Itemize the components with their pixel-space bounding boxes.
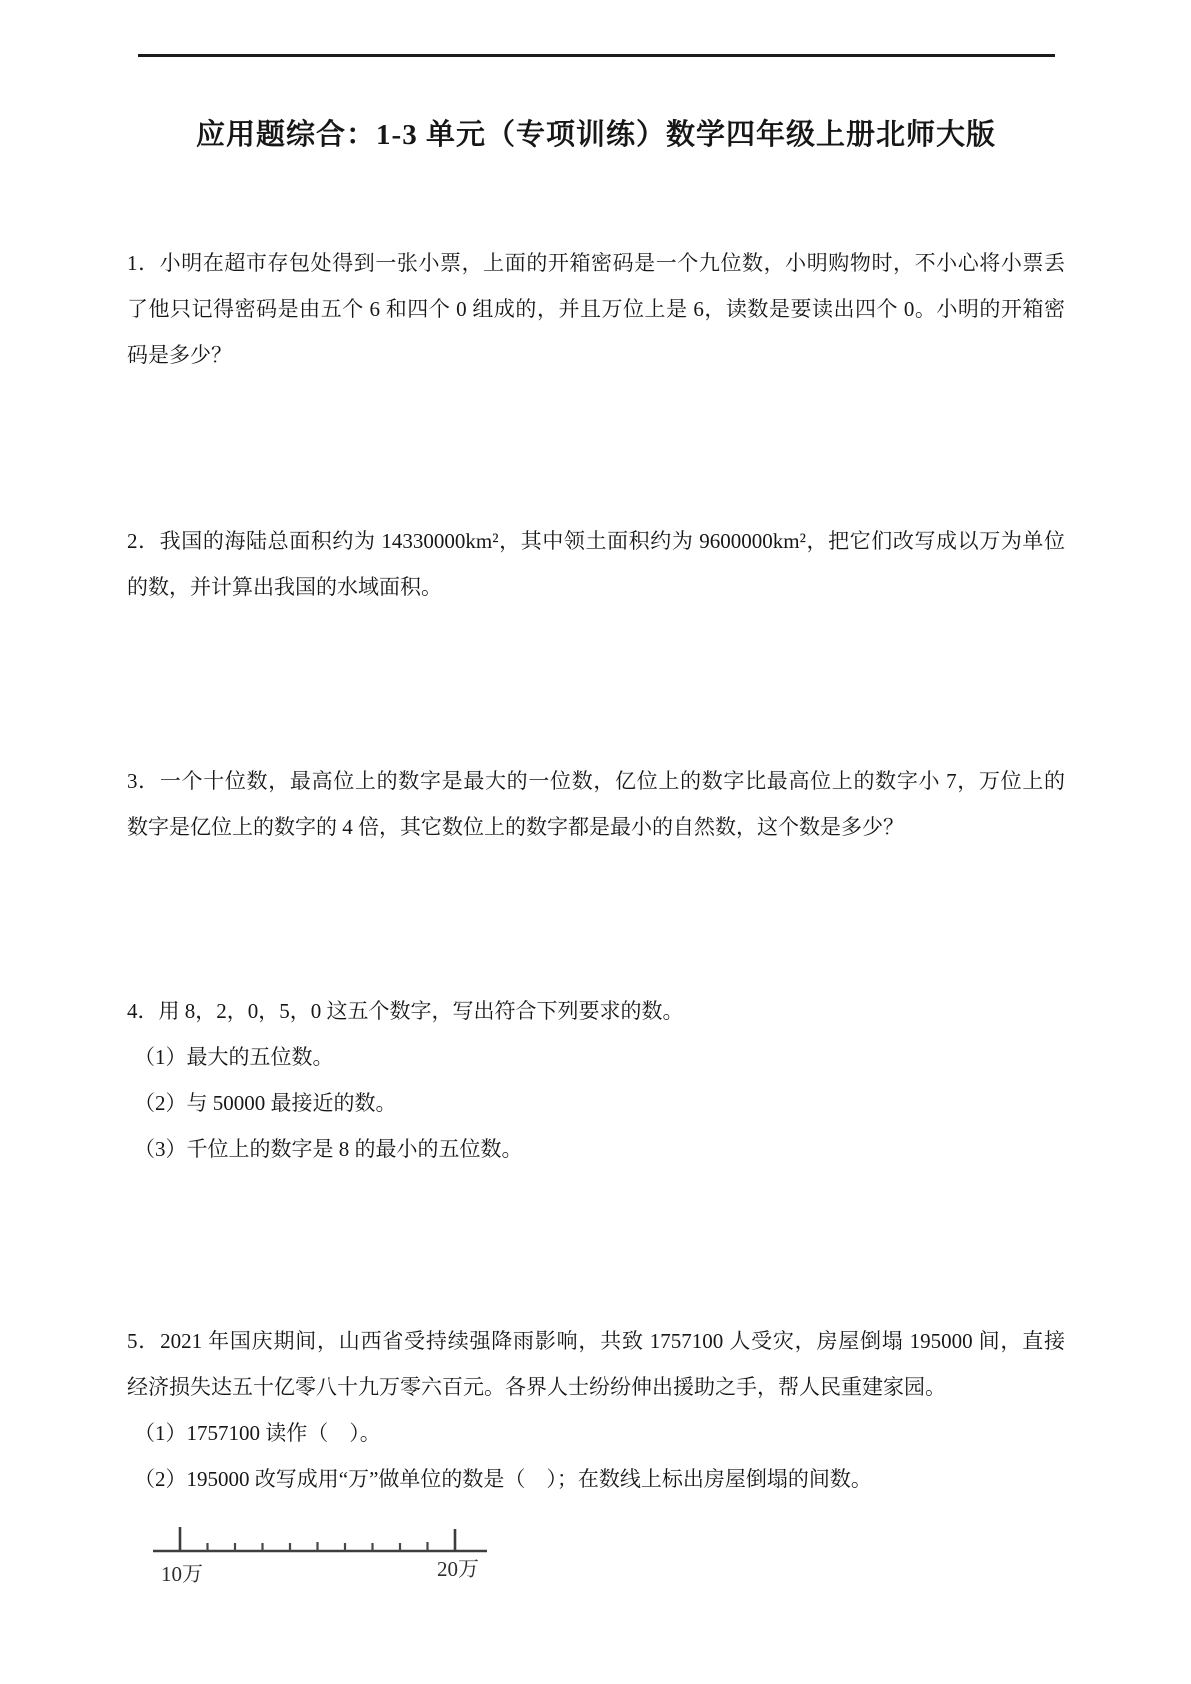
- question-3-line-2: 数字是亿位上的数字的 4 倍，其它数位上的数字都是最小的自然数，这个数是多少？: [127, 804, 1065, 850]
- question-2-line-1: 2．我国的海陆总面积约为 14330000km²，其中领土面积约为 960000…: [127, 518, 1065, 564]
- question-1-line-2: 了他只记得密码是由五个 6 和四个 0 组成的，并且万位上是 6，读数是要读出四…: [127, 286, 1065, 332]
- number-line-label-start: 10万: [161, 1562, 203, 1586]
- question-4: 4．用 8，2，0，5，0 这五个数字，写出符合下列要求的数。 （1）最大的五位…: [127, 988, 1065, 1172]
- question-1-line-1: 1．小明在超市存包处得到一张小票，上面的开箱密码是一个九位数，小明购物时，不小心…: [127, 240, 1065, 286]
- question-4-subitem-3: （3）千位上的数字是 8 的最小的五位数。: [127, 1126, 1065, 1172]
- question-3-line-1: 3．一个十位数，最高位上的数字是最大的一位数，亿位上的数字比最高位上的数字小 7…: [127, 758, 1065, 804]
- worksheet-page: 应用题综合：1-3 单元（专项训练）数学四年级上册北师大版 1．小明在超市存包处…: [0, 0, 1191, 1684]
- question-4-subitem-1: （1）最大的五位数。: [127, 1034, 1065, 1080]
- question-4-line-1: 4．用 8，2，0，5，0 这五个数字，写出符合下列要求的数。: [127, 988, 1065, 1034]
- question-1-line-3: 码是多少？: [127, 332, 1065, 378]
- question-2: 2．我国的海陆总面积约为 14330000km²，其中领土面积约为 960000…: [127, 518, 1065, 610]
- number-line: 10万 20万: [145, 1510, 505, 1600]
- question-5-subitem-2: （2）195000 改写成用“万”做单位的数是（ ）；在数线上标出房屋倒塌的间数…: [127, 1456, 1065, 1502]
- question-5-subitem-1: （1）1757100 读作（ ）。: [127, 1410, 1065, 1456]
- minor-ticks: [208, 1542, 428, 1551]
- header-divider: [138, 54, 1055, 57]
- question-3: 3．一个十位数，最高位上的数字是最大的一位数，亿位上的数字比最高位上的数字小 7…: [127, 758, 1065, 850]
- question-5-line-1: 5．2021 年国庆期间，山西省受持续强降雨影响，共致 1757100 人受灾，…: [127, 1318, 1065, 1364]
- question-1: 1．小明在超市存包处得到一张小票，上面的开箱密码是一个九位数，小明购物时，不小心…: [127, 240, 1065, 378]
- question-5: 5．2021 年国庆期间，山西省受持续强降雨影响，共致 1757100 人受灾，…: [127, 1318, 1065, 1502]
- number-line-label-end: 20万: [437, 1557, 479, 1581]
- question-2-line-2: 的数，并计算出我国的水域面积。: [127, 564, 1065, 610]
- page-title: 应用题综合：1-3 单元（专项训练）数学四年级上册北师大版: [127, 115, 1065, 155]
- question-5-line-2: 经济损失达五十亿零八十九万零六百元。各界人士纷纷伸出援助之手，帮人民重建家园。: [127, 1364, 1065, 1410]
- question-4-subitem-2: （2）与 50000 最接近的数。: [127, 1080, 1065, 1126]
